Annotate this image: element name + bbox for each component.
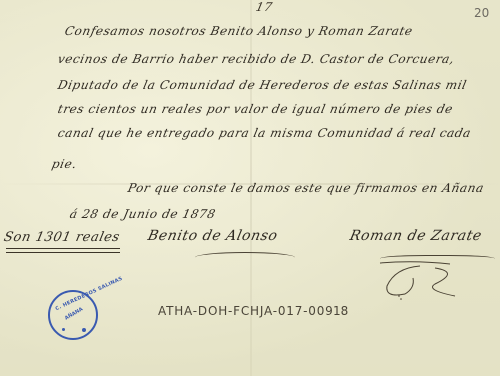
folio-number: 17 <box>255 0 274 14</box>
stamp-mark-1 <box>62 328 65 331</box>
archive-reference: ATHA-DOH-FCHJA-017-009 <box>158 304 334 318</box>
rubric-flourish-icon <box>375 258 465 303</box>
signature-benito-alonso: Benito de Alonso <box>146 228 279 244</box>
text-line-1: Confesamos nosotros Benito Alonso y Roma… <box>64 24 415 38</box>
text-line-4: tres cientos un reales por valor de igua… <box>57 102 455 116</box>
text-line-5: canal que he entregado para la misma Com… <box>57 126 473 140</box>
signature-roman-zarate: Roman de Zarate <box>348 228 483 244</box>
text-line-3: Diputado de la Comunidad de Herederos de… <box>57 78 469 92</box>
archive-stamp: C. HEREDEROS SALINAS AÑANA <box>48 290 98 340</box>
stamp-mark-2 <box>82 328 86 332</box>
amount-underline <box>6 248 120 253</box>
stamp-outer-text: C. HEREDEROS SALINAS <box>55 290 94 312</box>
text-line-7: Por que conste le damos este que firmamo… <box>127 181 486 195</box>
signature-flourish-1 <box>195 252 295 263</box>
amount-total: Son 1301 reales <box>2 230 121 245</box>
text-line-6: pie. <box>51 157 79 171</box>
text-line-2: vecinos de Barrio haber recibido de D. C… <box>57 52 456 66</box>
document-page: 17 20 Confesamos nosotros Benito Alonso … <box>0 0 500 376</box>
page-number: 20 <box>474 6 489 20</box>
stamp-inner-text: AÑANA <box>64 306 84 321</box>
archive-page-number: 18 <box>333 304 348 318</box>
date-line: á 28 de Junio de 1878 <box>69 207 218 221</box>
